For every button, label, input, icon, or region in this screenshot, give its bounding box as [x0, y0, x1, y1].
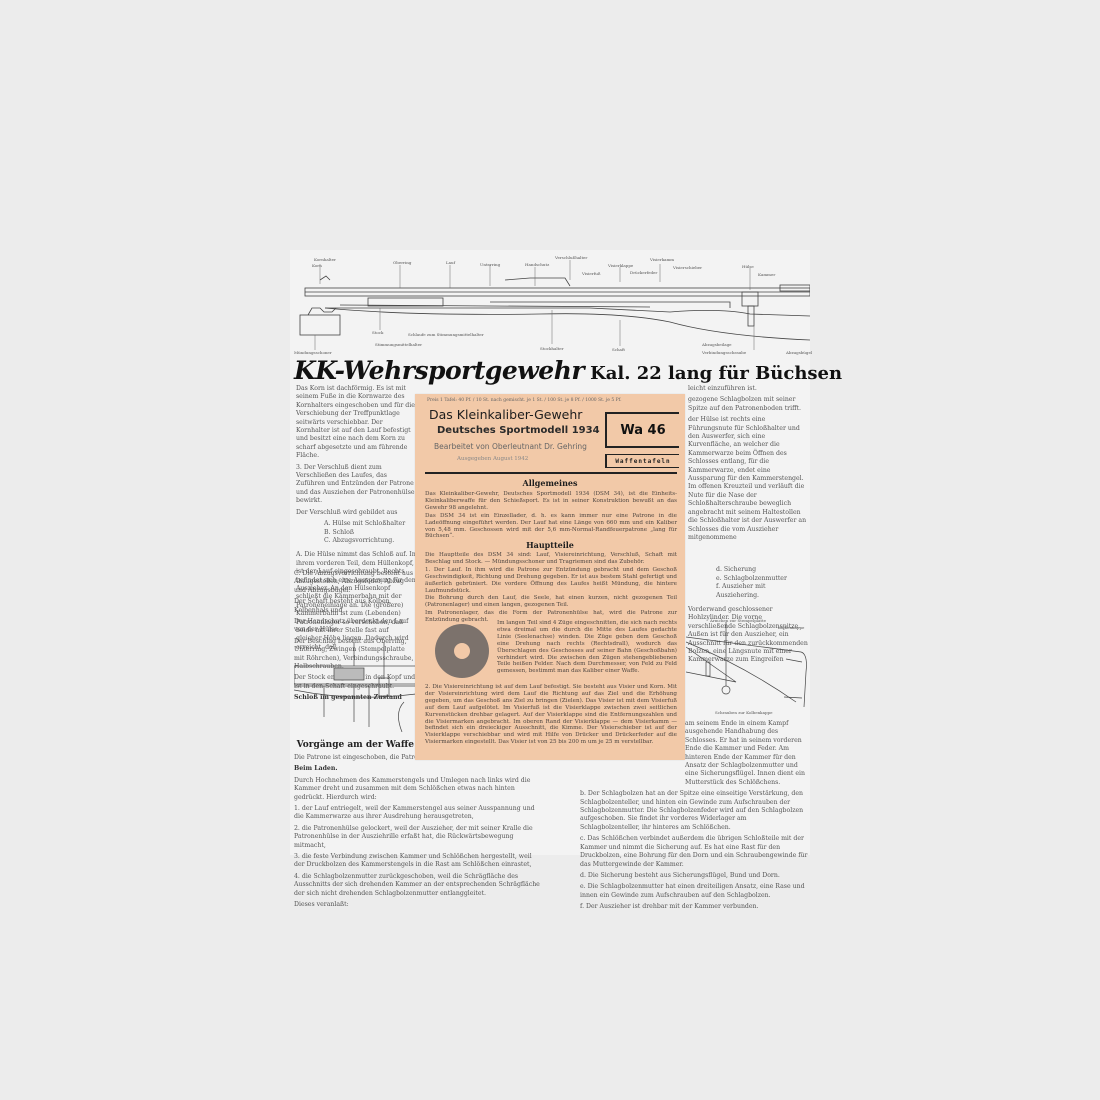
- paragraph: Das DSM 34 ist ein Einzellader, d. h. es…: [425, 513, 677, 541]
- diagram-label: Oberring: [393, 260, 411, 265]
- card-subtitle: Deutsches Sportmodell 1934: [437, 425, 600, 436]
- diagram-label: Kammer: [758, 272, 775, 277]
- rifle-diagram: [290, 250, 810, 358]
- diagram-label: Ärmchen zur Stempelplatte: [710, 618, 766, 623]
- page-title: KK-WehrsportgewehrKal. 22 lang für Büchs…: [294, 356, 814, 385]
- paragraph: Die Bohrung durch den Lauf, die Seele, h…: [425, 595, 677, 609]
- card-issued: Ausgegeben August 1942: [457, 456, 528, 462]
- paragraph: Das Kleinkaliber-Gewehr, Deutsches Sport…: [425, 491, 677, 512]
- divider: [425, 472, 677, 474]
- list-item: 4. die Schlagbolzenmutter zurückgeschobe…: [294, 873, 544, 898]
- diagram-label: Mündungsschoner: [294, 350, 332, 355]
- barrel-cross-section-icon: [435, 624, 489, 678]
- diagram-label: Schrauben zur Kolbenkappe: [715, 710, 772, 715]
- section-body: Das Kleinkaliber-Gewehr, Deutsches Sport…: [425, 491, 677, 541]
- list-item: 3. die feste Verbindung zwischen Kammer …: [294, 853, 544, 870]
- paragraph: der Hülse ist rechts eine Führungsnute f…: [688, 416, 808, 542]
- paragraph: 2. Die Visiereinrichtung ist auf dem Lau…: [425, 684, 677, 746]
- diagram-label: Verbindungsschraube: [702, 350, 746, 355]
- diagram-label: Visierfuß: [582, 271, 600, 276]
- diagram-label: Kolbenkappe: [778, 625, 804, 630]
- diagram-label: Schlaufe zum Stimmungsmittelhalter: [408, 332, 484, 337]
- paragraph: leicht einzuführen ist.: [688, 385, 808, 393]
- section-heading-hauptteile: Hauptteile: [415, 540, 685, 550]
- list-item: e. Schlagbolzenmutter: [688, 575, 808, 583]
- paragraph: 3. Der Verschluß dient zum Verschließen …: [296, 464, 416, 506]
- diagram-label: Stimmungsmittelhalter: [375, 342, 422, 347]
- diagram-label: Kornhalter: [314, 257, 336, 262]
- main-subtitle: Kal. 22 lang für Büchsen: [590, 363, 842, 384]
- list-item: d. Sicherung: [688, 566, 808, 574]
- paragraph: c. Das Schlößchen verbindet außerdem die…: [580, 835, 808, 869]
- paragraph: gezogene Schlagbolzen mit seiner Spitze …: [688, 396, 808, 413]
- card-title: Das Kleinkaliber-Gewehr: [429, 407, 582, 422]
- code-badge: Wa 46: [605, 412, 679, 448]
- paragraph: Die Hauptteile des DSM 34 sind: Lauf, Vi…: [425, 552, 677, 566]
- paragraph: Im langen Teil sind 4 Züge eingeschnitte…: [497, 620, 677, 675]
- bottom-left-column: Vorgänge am der Waffe Die Patrone ist ei…: [294, 740, 544, 913]
- series-badge: Waffentafeln: [605, 454, 679, 468]
- waffentafel-card: Preis 1 Tafel: 40 Pf. / 10 St. nach gemi…: [415, 394, 685, 760]
- card-author: Bearbeitet von Oberleutnant Dr. Gehring: [434, 442, 587, 451]
- section-heading-allgemeines: Allgemeines: [415, 478, 685, 488]
- list-item: C. Abzugsvorrichtung.: [296, 537, 416, 545]
- list-item: B. Schloß: [296, 529, 416, 537]
- main-title: KK-Wehrsportgewehr: [294, 356, 584, 385]
- paragraph: d. Die Sicherung besteht aus Sicherungsf…: [580, 872, 808, 880]
- diagram-label: Korn: [312, 263, 322, 268]
- paragraph: Der Verschluß wird gebildet aus: [296, 509, 416, 517]
- diagram-label: Visierkamm: [650, 257, 674, 262]
- paragraph: f. Der Auszieher ist drehbar mit der Kam…: [580, 903, 808, 911]
- diagram-label: Handschutz: [525, 262, 549, 267]
- section-body: 2. Die Visiereinrichtung ist auf dem Lau…: [425, 684, 677, 747]
- paragraph: Der Schaft besteht aus Kolben, Kolbenhal…: [294, 598, 416, 615]
- diagram-label: Unterring: [480, 262, 500, 267]
- list-item: 1. der Lauf entriegelt, weil der Kammers…: [294, 805, 544, 822]
- diagram-label: Visierschieber: [673, 265, 702, 270]
- paragraph: Dieses veranlaßt:: [294, 901, 544, 909]
- paragraph: e. Die Schlagbolzenmutter hat einen drei…: [580, 883, 808, 900]
- bolt-diagram: [294, 642, 416, 732]
- list-item: f. Auszieher mit Ausziehering.: [688, 583, 808, 600]
- diagram-label: Verschlußhalter: [555, 255, 587, 260]
- diagram-label: Stock: [372, 330, 383, 335]
- list-item: 2. die Patronenhülse gelockert, weil der…: [294, 825, 544, 850]
- diagram-label: Abzugsbeilage: [702, 342, 732, 347]
- diagram-label: Hülse: [742, 264, 754, 269]
- section-body-wrapped: Im langen Teil sind 4 Züge eingeschnitte…: [497, 620, 677, 675]
- section-body: Die Hauptteile des DSM 34 sind: Lauf, Vi…: [425, 552, 677, 625]
- subheading: Beim Laden.: [294, 765, 544, 773]
- paragraph: 1. Der Lauf. In ihm wird die Patrone zur…: [425, 567, 677, 595]
- paragraph: C. Die Abzugsvorrichtung besteht aus Abz…: [294, 570, 416, 595]
- paragraph: Durch Hochnehmen des Kammerstengels und …: [294, 777, 544, 802]
- diagram-label: Abzugsbügel: [786, 350, 812, 355]
- paragraph: Der Handschutz überdeckt den Lauf von de…: [294, 618, 416, 635]
- paragraph: b. Der Schlagbolzen hat an der Spitze ei…: [580, 790, 808, 832]
- paragraph: Das Korn ist dachförmig. Es ist mit sein…: [296, 385, 416, 461]
- list-item: A. Hülse mit Schloßhalter: [296, 520, 416, 528]
- diagram-label: Schaft: [612, 347, 625, 352]
- diagram-label: Lauf: [446, 260, 455, 265]
- diagram-label: Visierklappe: [608, 263, 633, 268]
- diagram-label: Drückerfeder: [630, 270, 657, 275]
- price-line: Preis 1 Tafel: 40 Pf. / 10 St. nach gemi…: [427, 398, 622, 403]
- diagram-label: Stockhalter: [540, 346, 564, 351]
